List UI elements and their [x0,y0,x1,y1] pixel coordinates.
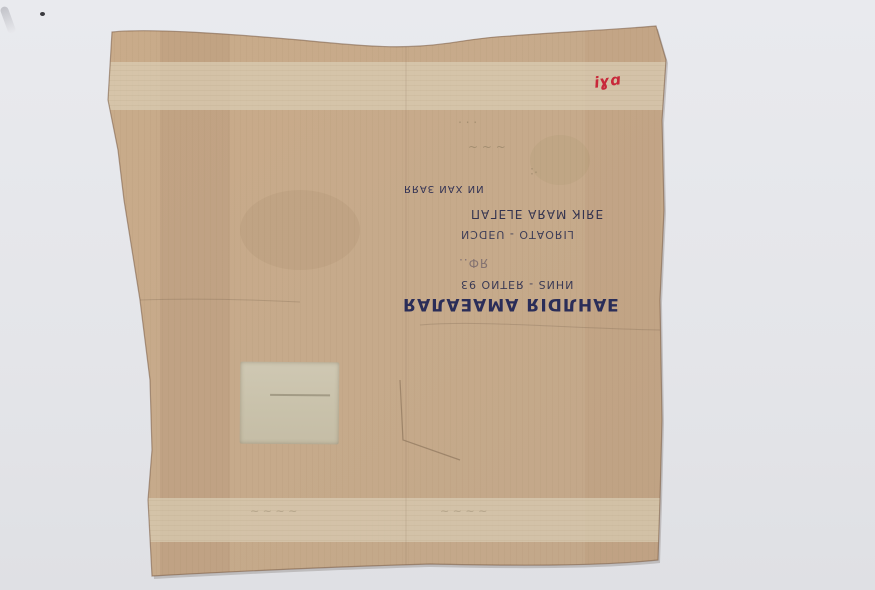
sewn-fabric-patch [240,362,340,445]
faint-writing-line: ~ ~ ~ ~ [440,505,487,518]
inscription-line: ИИ ХАИ ЗАЯЯ [403,183,484,194]
faint-writing-line: ~ ~ ~ [468,140,506,154]
inscription-line: ƎЯIК МАЯА ƎLƎГАП [470,207,603,221]
inscription-line: ИНИS - ЯƎТИО 93 [460,278,573,291]
photo-scene: · · · ~ ~ ~ ·: ~ ~ ~ ~ ~ ~ ~ ~ ƎАНЛDIЯ А… [0,0,875,590]
handkerchief: · · · ~ ~ ~ ·: ~ ~ ~ ~ ~ ~ ~ ~ ƎАНЛDIЯ А… [0,0,875,590]
faint-writing-line: ·: [530,165,538,179]
inscription-line: LIЯОАТО - UƎDСИ [460,228,574,241]
faint-writing-line: · · · [458,115,477,129]
faint-writing-line: ~ ~ ~ ~ [250,505,297,518]
inscription-line: ЯФ.. [458,256,488,270]
red-ink-mark: ⅰɣɑ [593,70,622,92]
inscription-line: ƎАНЛDIЯ АМАЕАЛАЯ [402,294,619,314]
